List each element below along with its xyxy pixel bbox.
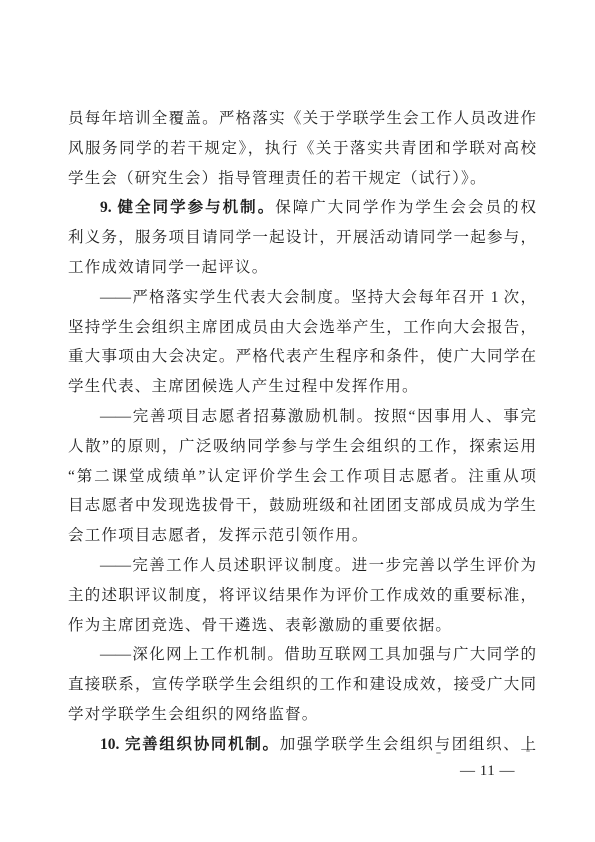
text-line: 目志愿者中发现选拔骨干，鼓励班级和社团团支部成员成为学生 (68, 491, 536, 521)
text-line: 会工作项目志愿者，发挥示范引领作用。 (68, 521, 536, 551)
text-line: ——完善项目志愿者招募激励机制。按照“因事用人、事完 (68, 402, 536, 432)
text-segment-body: 员每年培训全覆盖。严格落实《关于学联学生会工作人员改进作 (68, 110, 536, 127)
text-segment-head: 完善组织协同机制。 (125, 736, 280, 753)
text-segment-body: “第二课堂成绩单”认定评价学生会工作项目志愿者。注重从项 (68, 468, 536, 485)
page-number: — 11 — (460, 763, 515, 780)
text-line: 学生会（研究生会）指导管理责任的若干规定（试行）》。 (68, 164, 536, 194)
text-line: “第二课堂成绩单”认定评价学生会工作项目志愿者。注重从项 (68, 462, 536, 492)
text-line: 利义务，服务项目请同学一起设计，开展活动请同学一起参与， (68, 223, 536, 253)
text-line: 作为主席团竞选、骨干遴选、表彰激励的重要依据。 (68, 611, 536, 641)
text-segment-body: 人散”的原则，广泛吸纳同学参与学生会组织的工作，探索运用 (68, 438, 536, 455)
text-line: 直接联系，宣传学联学生会组织的工作和建设成效，接受广大同 (68, 670, 536, 700)
text-segment-body: 学生代表、主席团候选人产生过程中发挥作用。 (68, 378, 419, 395)
text-segment-lead: ——严格落实学生代表大会制度。 (100, 289, 351, 306)
text-line: 人散”的原则，广泛吸纳同学参与学生会组织的工作，探索运用 (68, 432, 536, 462)
text-line: 9. 健全同学参与机制。保障广大同学作为学生会会员的权 (68, 193, 536, 223)
text-segment-body: 加强学联学生会组织与团组织、上 (280, 736, 536, 753)
text-line: 学对学联学生会组织的网络监督。 (68, 700, 536, 730)
text-segment-lead: ——完善项目志愿者招募激励机制。 (100, 408, 374, 425)
text-segment-body: 会工作项目志愿者，发挥示范引领作用。 (68, 527, 369, 544)
text-segment-body: 直接联系，宣传学联学生会组织的工作和建设成效，接受广大同 (68, 676, 536, 693)
text-segment-num: 10. (100, 736, 125, 753)
document-page: { "page": { "background": "#ffffff", "te… (0, 0, 595, 842)
scan-artifact (526, 750, 530, 752)
text-segment-body: 进一步完善以学生评价为 (352, 557, 536, 574)
text-segment-body: 借助互联网工具加强与广大同学的 (284, 646, 536, 663)
text-segment-lead: ——完善工作人员述职评议制度。 (100, 557, 352, 574)
text-line: 工作成效请同学一起评议。 (68, 253, 536, 283)
text-segment-body: 工作成效请同学一起评议。 (68, 259, 268, 276)
text-line: 10. 完善组织协同机制。加强学联学生会组织与团组织、上 (68, 730, 536, 760)
text-line: 重大事项由大会决定。严格代表产生程序和条件，使广大同学在 (68, 342, 536, 372)
text-segment-num: 9. (100, 199, 118, 216)
text-line: 员每年培训全覆盖。严格落实《关于学联学生会工作人员改进作 (68, 104, 536, 134)
text-segment-body: 利义务，服务项目请同学一起设计，开展活动请同学一起参与， (68, 229, 536, 246)
text-line: 风服务同学的若干规定》，执行《关于落实共青团和学联对高校 (68, 134, 536, 164)
text-segment-body: 主的述职评议制度，将评议结果作为评价工作成效的重要标准， (68, 587, 536, 604)
text-line: ——深化网上工作机制。借助互联网工具加强与广大同学的 (68, 640, 536, 670)
text-line: 主的述职评议制度，将评议结果作为评价工作成效的重要标准， (68, 581, 536, 611)
text-line: 坚持学生会组织主席团成员由大会选举产生，工作向大会报告， (68, 313, 536, 343)
text-segment-body: 保障广大同学作为学生会会员的权 (275, 199, 536, 216)
text-segment-body: 坚持大会每年召开 1 次， (351, 289, 536, 306)
text-segment-body: 风服务同学的若干规定》，执行《关于落实共青团和学联对高校 (68, 140, 536, 157)
scan-artifact (436, 752, 441, 754)
text-segment-body: 目志愿者中发现选拔骨干，鼓励班级和社团团支部成员成为学生 (68, 497, 536, 514)
text-segment-body: 学生会（研究生会）指导管理责任的若干规定（试行）》。 (68, 170, 487, 187)
text-segment-body: 重大事项由大会决定。严格代表产生程序和条件，使广大同学在 (68, 348, 536, 365)
text-segment-body: 学对学联学生会组织的网络监督。 (68, 706, 319, 723)
text-line: ——严格落实学生代表大会制度。坚持大会每年召开 1 次， (68, 283, 536, 313)
text-line: ——完善工作人员述职评议制度。进一步完善以学生评价为 (68, 551, 536, 581)
text-segment-lead: ——深化网上工作机制。 (100, 646, 284, 663)
text-segment-head: 健全同学参与机制。 (118, 199, 276, 216)
text-segment-body: 作为主席团竞选、骨干遴选、表彰激励的重要依据。 (68, 617, 452, 634)
text-line: 学生代表、主席团候选人产生过程中发挥作用。 (68, 372, 536, 402)
text-segment-body: 坚持学生会组织主席团成员由大会选举产生，工作向大会报告， (68, 319, 536, 336)
text-segment-body: 按照“因事用人、事完 (374, 408, 536, 425)
scanned-page-background: 员每年培训全覆盖。严格落实《关于学联学生会工作人员改进作风服务同学的若干规定》，… (0, 0, 595, 842)
document-body: 员每年培训全覆盖。严格落实《关于学联学生会工作人员改进作风服务同学的若干规定》，… (68, 104, 536, 760)
